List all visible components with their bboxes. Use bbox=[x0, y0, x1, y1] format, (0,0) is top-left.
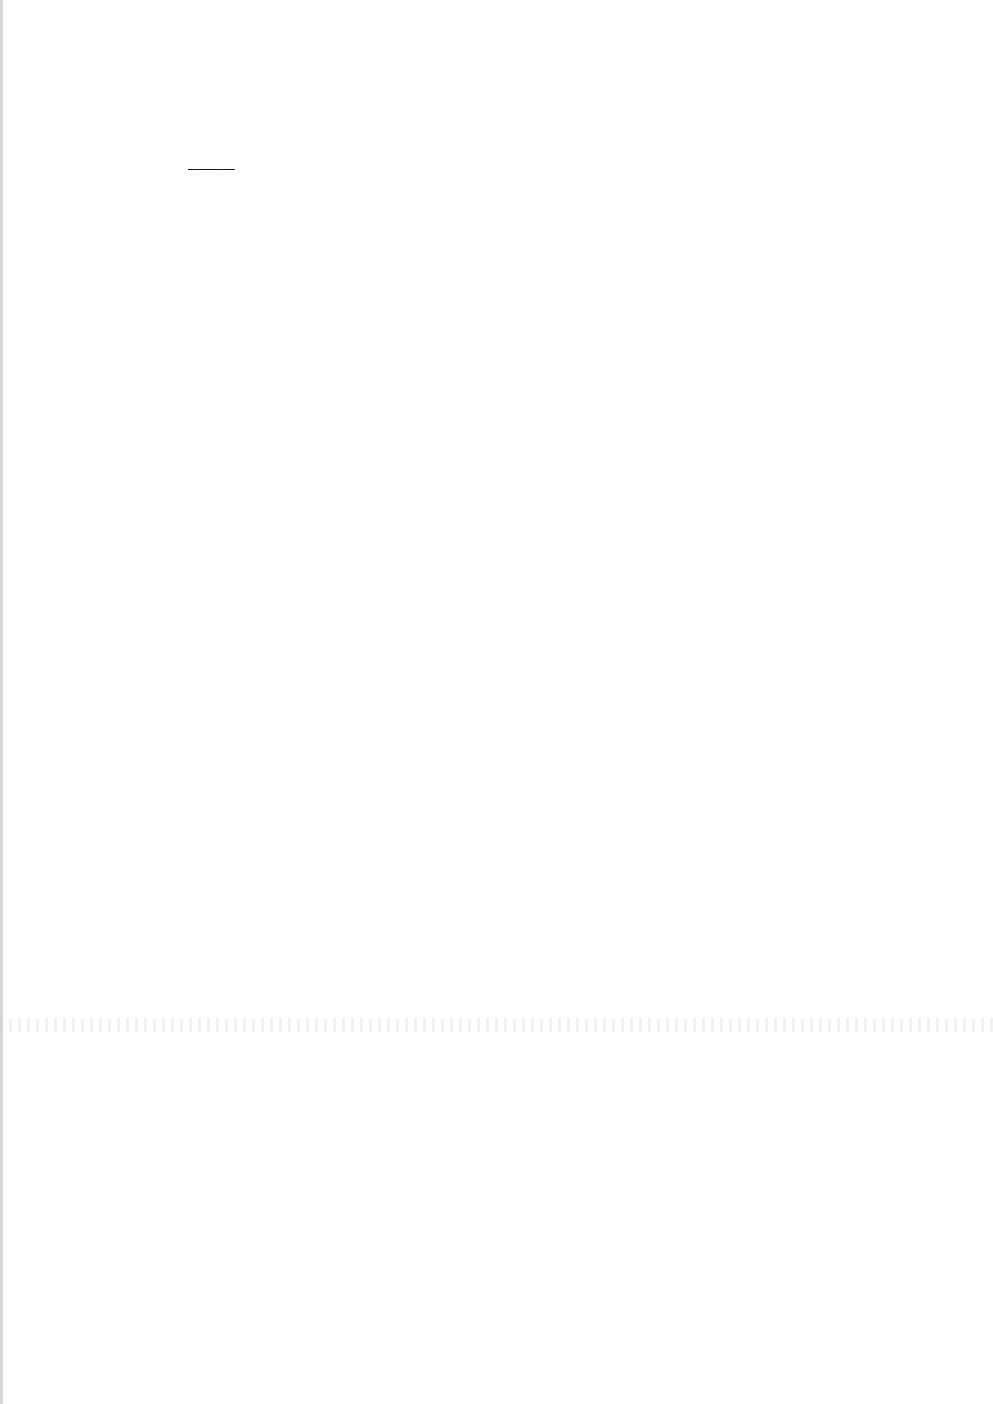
scan-edge bbox=[0, 0, 3, 1404]
end-day bbox=[223, 151, 235, 170]
end-month bbox=[211, 151, 223, 170]
start-day bbox=[200, 151, 212, 170]
scan-artifact bbox=[0, 1018, 993, 1032]
purchase-time-line-1 bbox=[188, 150, 235, 172]
start-month bbox=[188, 151, 200, 170]
document-page bbox=[0, 0, 993, 1404]
